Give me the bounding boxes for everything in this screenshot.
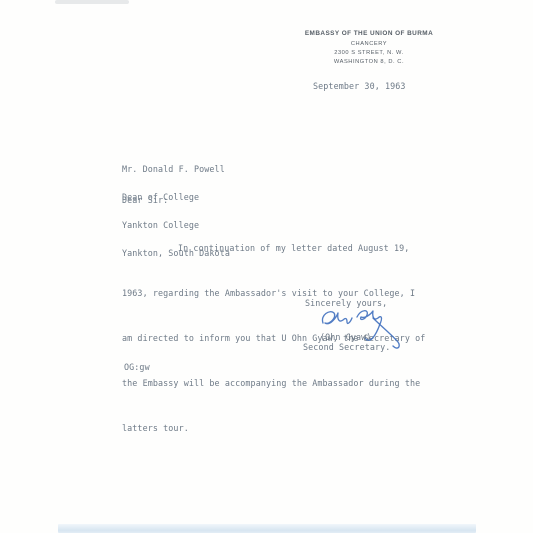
signature-stroke-ohn	[322, 312, 352, 324]
letterhead: EMBASSY OF THE UNION OF BURMA CHANCERY 2…	[296, 30, 442, 68]
scan-edge-strip	[58, 524, 476, 533]
scan-artifact-top	[55, 0, 129, 4]
letterhead-street: 2300 S STREET, N. W.	[296, 50, 442, 59]
letterhead-chancery: CHANCERY	[296, 41, 442, 50]
reference-initials: OG:gw	[124, 362, 150, 372]
signature-typed-title: Second Secretary.	[303, 342, 390, 352]
date-line: September 30, 1963	[313, 81, 406, 91]
body-line: latters tour.	[122, 421, 425, 436]
signature-typed-name: (Ohn Gyaw)	[320, 332, 371, 342]
letterhead-city: WASHINGTON 8, D. C.	[296, 59, 442, 68]
body-line: In continuation of my letter dated Augus…	[122, 241, 425, 256]
salutation: Dear Sir:	[122, 195, 168, 205]
recipient-name: Mr. Donald F. Powell	[122, 165, 230, 174]
scanned-letter-page: EMBASSY OF THE UNION OF BURMA CHANCERY 2…	[0, 0, 533, 533]
body-line: the Embassy will be accompanying the Amb…	[122, 376, 425, 391]
letterhead-org-name: EMBASSY OF THE UNION OF BURMA	[296, 30, 442, 41]
